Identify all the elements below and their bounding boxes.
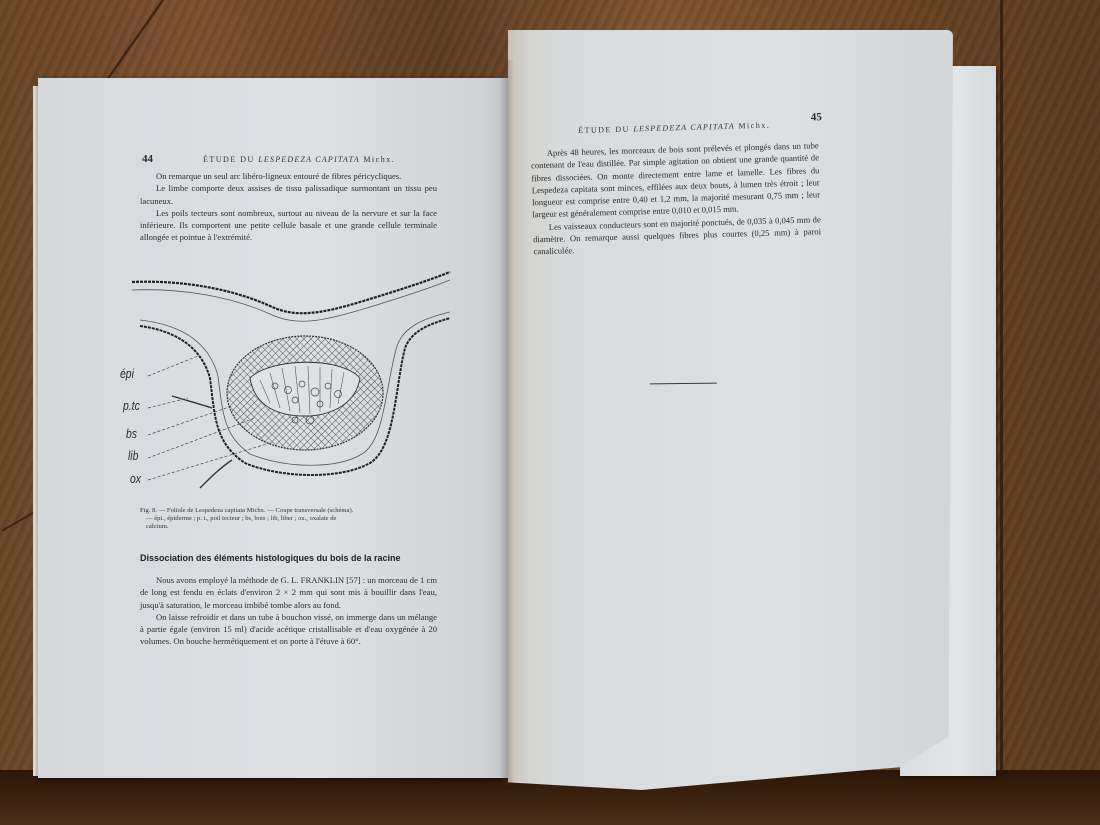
section-heading: Dissociation des éléments histologiques … [140,553,401,563]
floor-seam [1000,0,1003,825]
leaf-cross-section-figure: épi p.tc bs lib ox [120,268,460,500]
figure-caption: Fig. 8. — Foliole de Lespedeza capitata … [140,507,440,532]
left-running-head: ÉTUDE DU LESPEDEZA CAPITATA Michx. [203,155,395,164]
running-head-author: Michx. [360,155,395,164]
paragraph: Les vaisseaux conducteurs sont en majori… [533,213,822,258]
running-head-text: ÉTUDE DU [203,155,258,164]
running-head-italic: LESPEDEZA CAPITATA [258,155,360,164]
running-head-text: ÉTUDE DU [578,124,634,135]
right-page-content: ÉTUDE DU LESPEDEZA CAPITATA Michx. 45 Ap… [578,119,833,326]
running-head-author: Michx. [735,121,771,131]
left-intro-text: On remarque un seul arc libéro-ligneux e… [140,170,437,244]
floor-seam [2,511,36,532]
right-page-text: Après 48 heures, les morceaux de bois so… [531,139,822,258]
caption-line: calcium. [140,523,440,531]
leaf-section-drawing [120,268,460,500]
figure-label-ptc: p.tc [123,398,140,413]
caption-line: Fig. 8. — Foliole de Lespedeza capitata … [140,507,440,515]
figure-label-bs: bs [126,426,137,441]
paragraph: Nous avons employé la méthode de G. L. F… [140,574,437,611]
paragraph: Le limbe comporte deux assises de tissu … [140,182,437,207]
right-page-number: 45 [811,111,822,123]
figure-label-epi: épi [120,366,134,381]
caption-line: — épi., épiderme ; p. t., poil tecteur ;… [140,515,440,523]
paragraph: On remarque un seul arc libéro-ligneux e… [140,170,437,182]
paragraph: Les poils tecteurs sont nombreux, surtou… [140,207,437,244]
paragraph: On laisse refroidir et dans un tube à bo… [140,611,437,648]
page-stack-edge [985,70,995,772]
book-gutter [500,60,514,785]
paragraph: Après 48 heures, les morceaux de bois so… [531,139,821,221]
left-page-number: 44 [142,153,153,165]
running-head-italic: LESPEDEZA CAPITATA [633,122,735,134]
figure-label-lib: lib [128,448,138,463]
left-section-text: Nous avons employé la méthode de G. L. F… [140,574,437,648]
floor-seam [98,0,164,90]
figure-label-ox: ox [130,471,141,486]
